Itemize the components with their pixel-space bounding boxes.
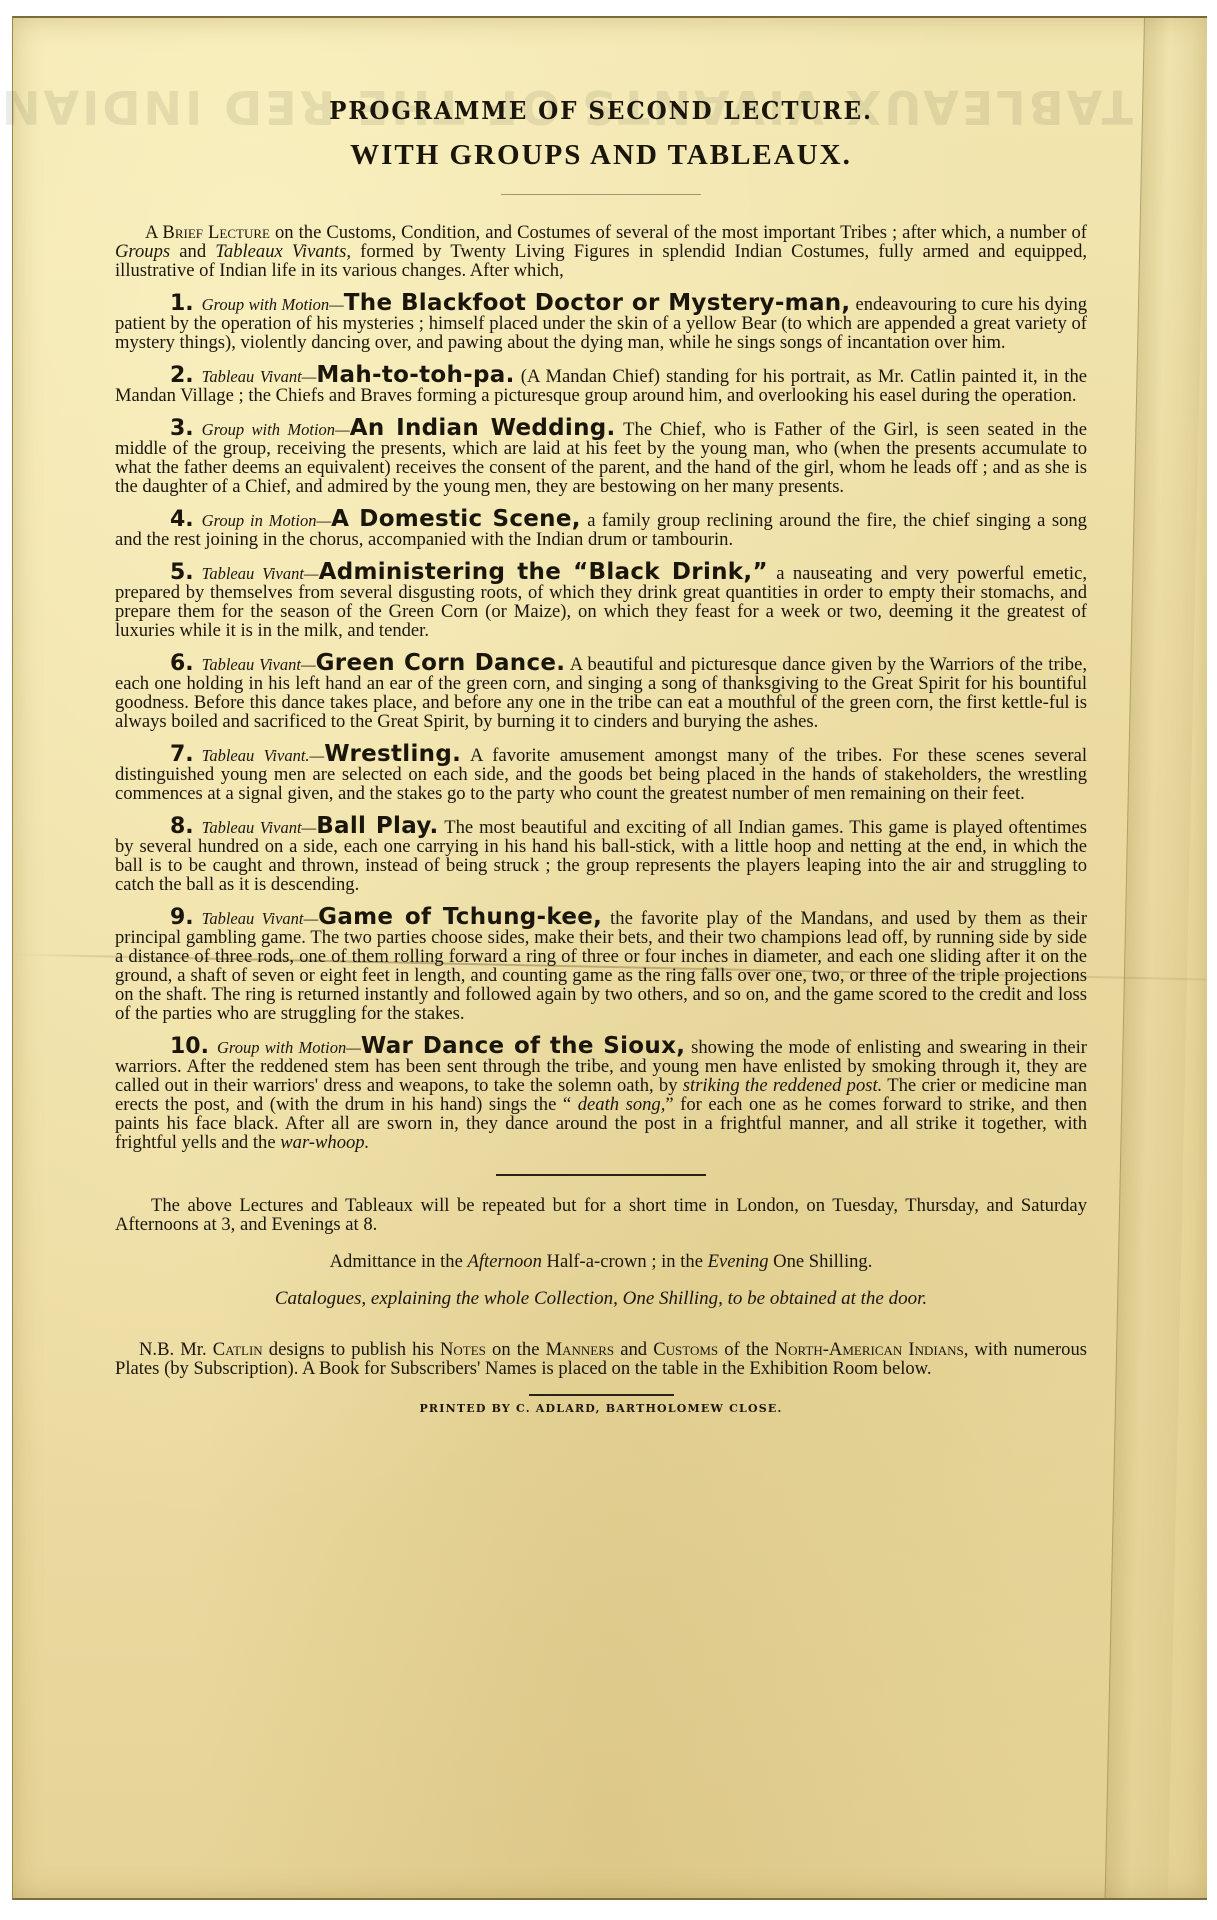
programme-item-6: 6.Tableau Vivant—Green Corn Dance. A bea… — [115, 654, 1087, 731]
programme-content: PROGRAMME OF SECOND LECTURE. WITH GROUPS… — [115, 80, 1087, 1415]
programme-item-1: 1.Group with Motion—The Blackfoot Doctor… — [115, 294, 1087, 352]
programme-item-3: 3.Group with Motion—An Indian Wedding. T… — [115, 419, 1087, 496]
programme-item-2: 2.Tableau Vivant—Mah-to-toh-pa. (A Manda… — [115, 366, 1087, 405]
folded-edge — [1105, 18, 1207, 1898]
page-subtitle: WITH GROUPS AND TABLEAUX. — [115, 139, 1087, 172]
printer-imprint: PRINTED BY C. ADLARD, BARTHOLOMEW CLOSE. — [115, 1402, 1087, 1415]
item-kind: Tableau Vivant— — [202, 909, 318, 928]
catalogues-notice: Catalogues, explaining the whole Collect… — [115, 1289, 1087, 1308]
title-divider — [501, 194, 701, 195]
item-kind: Group with Motion— — [217, 1038, 361, 1057]
item-kind: Tableau Vivant— — [202, 818, 317, 837]
item-kind: Group with Motion— — [202, 420, 350, 439]
item-kind: Tableau Vivant— — [202, 564, 319, 583]
item-kind: Tableau Vivant— — [202, 655, 316, 674]
programme-item-5: 5.Tableau Vivant—Administering the “Blac… — [115, 563, 1087, 640]
printer-divider — [529, 1394, 674, 1396]
nb-notice: N.B. Mr. Catlin designs to publish his N… — [115, 1340, 1087, 1378]
programme-item-7: 7.Tableau Vivant.—Wrestling. A favorite … — [115, 745, 1087, 803]
item-kind: Tableau Vivant— — [202, 367, 317, 386]
schedule-notice: The above Lectures and Tableaux will be … — [115, 1196, 1087, 1234]
section-divider — [496, 1174, 706, 1176]
programme-items: 1.Group with Motion—The Blackfoot Doctor… — [115, 294, 1087, 1152]
programme-item-10: 10.Group with Motion—War Dance of the Si… — [115, 1037, 1087, 1152]
programme-item-4: 4.Group in Motion—A Domestic Scene, a fa… — [115, 510, 1087, 549]
page-title: PROGRAMME OF SECOND LECTURE. — [134, 96, 1067, 125]
intro-lead: A Brief Lecture — [145, 222, 270, 243]
item-kind: Group with Motion— — [202, 295, 344, 314]
item-kind: Group in Motion— — [202, 511, 331, 530]
item-kind: Tableau Vivant.— — [202, 746, 325, 765]
programme-item-9: 9.Tableau Vivant—Game of Tchung-kee, the… — [115, 908, 1087, 1023]
intro-paragraph: A Brief Lecture on the Customs, Conditio… — [115, 223, 1087, 280]
admittance-prices: Admittance in the Afternoon Half-a-crown… — [115, 1252, 1087, 1271]
programme-item-8: 8.Tableau Vivant—Ball Play. The most bea… — [115, 817, 1087, 894]
